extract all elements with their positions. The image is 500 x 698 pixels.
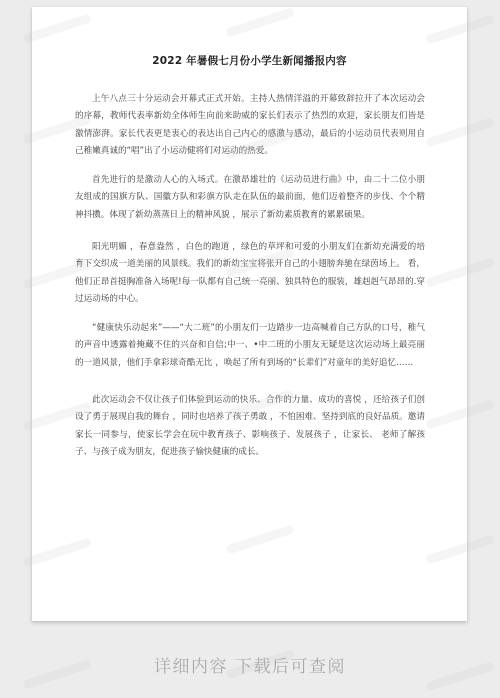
paragraph-class-slogans: “健康快乐动起来”——“大二班”的小朋友们一边踏步一边高喊着自己方队的口号，稚气… [75,320,425,372]
download-notice: 详细内容 下载后可查阅 [0,652,500,677]
paragraph-scenery: 阳光明媚 ，春意盎然 ，白色的跑道 ，绿色的草坪和可爱的小朋友们在新幼充满爱的培… [75,239,425,309]
document-page: 2022 年暑假七月份小学生新闻播报内容 上午八点三十分运动会开幕式正式开始。主… [32,7,467,621]
paragraph-summary: 此次运动会不仅让孩子们体验到运动的快乐、合作的力量、成功的喜悦 ，还给孩子们创设… [75,392,425,462]
paragraph-entrance-parade: 首先进行的是激动人心的入场式。在激昂雄壮的《运动员进行曲》中，由二十二位小朋友组… [75,172,425,224]
document-title: 2022 年暑假七月份小学生新闻播报内容 [32,53,467,68]
paragraph-opening-ceremony: 上午八点三十分运动会开幕式正式开始。主持人热情洋溢的开幕致辞拉开了本次运动会的序… [75,91,425,161]
